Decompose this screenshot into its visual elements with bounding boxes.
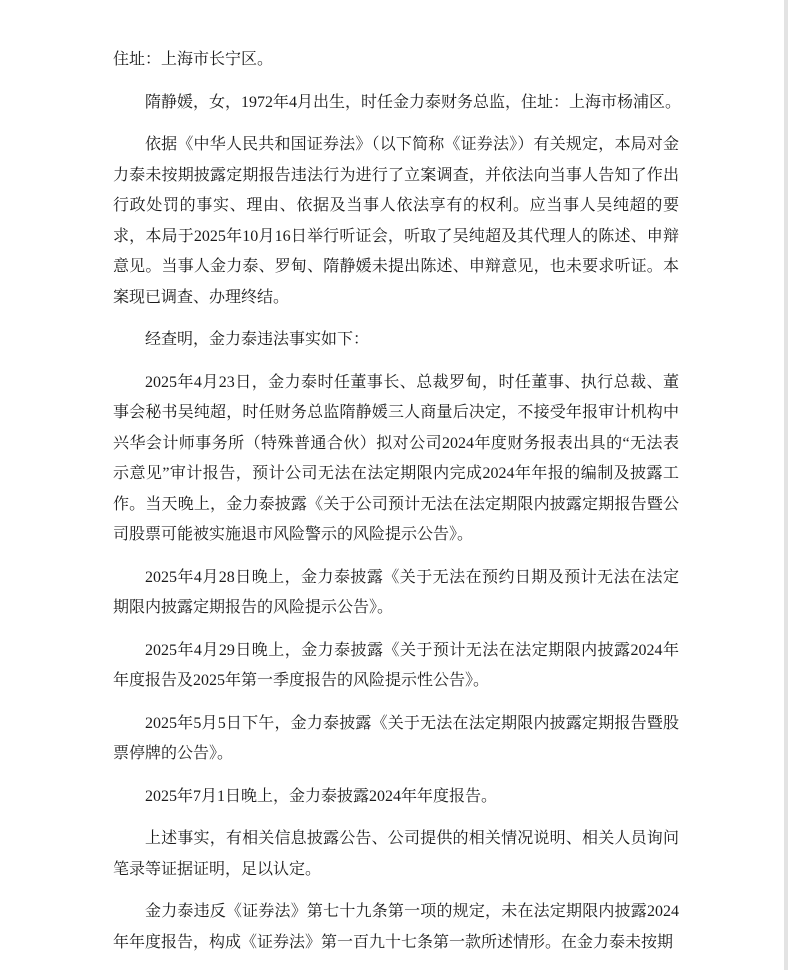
document-body: 住址：上海市长宁区。隋静媛，女，1972年4月出生，时任金力泰财务总监，住址：上… <box>113 45 679 970</box>
paragraph: 2025年7月1日晚上，金力泰披露2024年年度报告。 <box>113 782 679 813</box>
paragraph: 住址：上海市长宁区。 <box>113 45 679 76</box>
paragraph: 2025年4月29日晚上，金力泰披露《关于预计无法在法定期限内披露2024年年度… <box>113 636 679 697</box>
paragraph: 金力泰违反《证券法》第七十九条第一项的规定，未在法定期限内披露2024年年度报告… <box>113 897 679 958</box>
paragraph: 上述事实，有相关信息披露公告、公司提供的相关情况说明、相关人员询问笔录等证据证明… <box>113 824 679 885</box>
paragraph: 2025年4月28日晚上，金力泰披露《关于无法在预约日期及预计无法在法定期限内披… <box>113 563 679 624</box>
paragraph: 2025年5月5日下午，金力泰披露《关于无法在法定期限内披露定期报告暨股票停牌的… <box>113 709 679 770</box>
paragraph: 经查明，金力泰违法事实如下： <box>113 325 679 356</box>
document-page: 住址：上海市长宁区。隋静媛，女，1972年4月出生，时任金力泰财务总监，住址：上… <box>0 0 790 970</box>
page-right-edge-divider <box>784 0 788 970</box>
paragraph: 隋静媛，女，1972年4月出生，时任金力泰财务总监，住址：上海市杨浦区。 <box>113 88 679 119</box>
paragraph: 2025年4月23日，金力泰时任董事长、总裁罗甸，时任董事、执行总裁、董事会秘书… <box>113 368 679 551</box>
paragraph: 依据《中华人民共和国证券法》（以下简称《证券法》）有关规定，本局对金力泰未按期披… <box>113 130 679 313</box>
